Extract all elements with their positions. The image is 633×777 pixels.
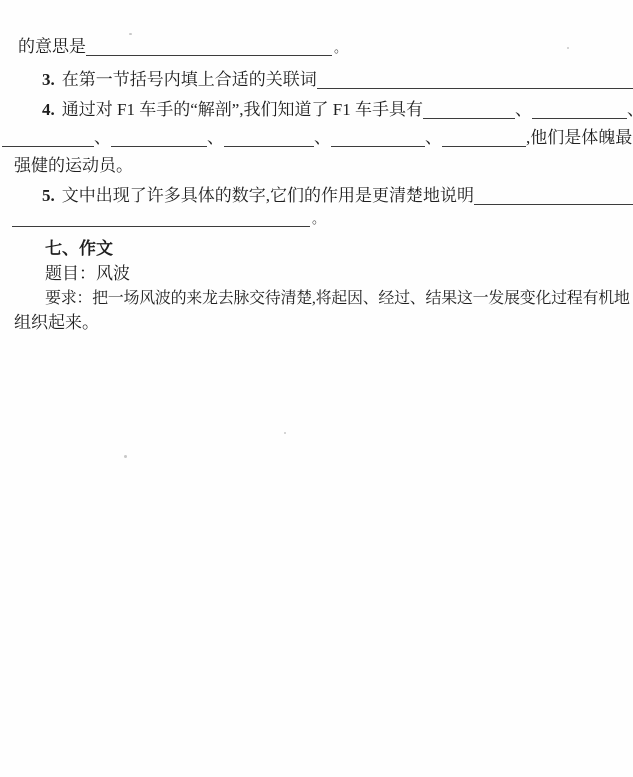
question-4-tail2-text: 强健的运动员。	[14, 156, 133, 175]
answer-blank	[86, 55, 332, 56]
answer-blank	[442, 146, 526, 147]
answer-blank	[12, 226, 310, 227]
essay-heading-text: 七、作文	[45, 239, 113, 258]
scan-speck	[567, 47, 569, 49]
question-5-line-1: 5.文中出现了许多具体的数字,它们的作用是更清楚地说明	[42, 186, 633, 206]
question-4-line-1: 4.通过对 F1 车手的“解剖”,我们知道了 F1 车手具有、、	[42, 100, 633, 120]
scan-speck	[124, 455, 127, 458]
answer-blank	[423, 118, 515, 119]
enum-comma: 、	[627, 100, 633, 119]
question-4-line-3: 强健的运动员。	[14, 156, 133, 176]
question-3: 3.在第一节括号内填上合适的关联词。	[42, 70, 633, 90]
essay-requirement-text-1: 要求：把一场风波的来龙去脉交待清楚,将起因、经过、结果这一发展变化过程有机地	[45, 290, 630, 307]
question-3-number: 3.	[42, 70, 55, 89]
period-mark: 。	[334, 40, 347, 55]
answer-blank	[532, 118, 627, 119]
essay-title-text: 题目：风波	[45, 264, 130, 283]
enum-comma: 、	[425, 128, 442, 147]
question-4-lead-text: 通过对 F1 车手的“解剖”,我们知道了 F1 车手具有	[62, 100, 423, 119]
scan-speck	[129, 33, 132, 35]
question-4-number: 4.	[42, 100, 55, 119]
essay-requirement-text-2: 组织起来。	[14, 313, 99, 332]
answer-blank	[111, 146, 207, 147]
scan-speck	[284, 432, 286, 434]
enum-comma: 、	[515, 100, 532, 119]
question-4-tail-text: ,他们是体魄最	[526, 128, 632, 147]
essay-requirement-line-1: 要求：把一场风波的来龙去脉交待清楚,将起因、经过、结果这一发展变化过程有机地	[45, 289, 630, 309]
answer-blank	[224, 146, 314, 147]
enum-comma: 、	[207, 128, 224, 147]
question-5-text: 文中出现了许多具体的数字,它们的作用是更清楚地说明	[62, 186, 474, 205]
scanned-worksheet-page: 的意思是。 3.在第一节括号内填上合适的关联词。 4.通过对 F1 车手的“解剖…	[0, 0, 633, 777]
essay-section-heading: 七、作文	[45, 239, 113, 259]
question-3-text: 在第一节括号内填上合适的关联词	[62, 70, 317, 89]
enum-comma: 、	[314, 128, 331, 147]
fill-line-meaning: 的意思是。	[18, 37, 347, 57]
answer-blank	[2, 146, 94, 147]
period-mark: 。	[312, 211, 325, 226]
intro-text: 的意思是	[18, 37, 86, 56]
question-4-line-2: 、、、、,他们是体魄最	[2, 128, 632, 148]
enum-comma: 、	[94, 128, 111, 147]
answer-blank	[317, 88, 633, 89]
answer-blank	[474, 204, 633, 205]
essay-requirement-line-2: 组织起来。	[14, 313, 99, 333]
question-5-line-2: 。	[12, 208, 325, 228]
essay-title-line: 题目：风波	[45, 264, 130, 284]
answer-blank	[331, 146, 425, 147]
question-5-number: 5.	[42, 186, 55, 205]
